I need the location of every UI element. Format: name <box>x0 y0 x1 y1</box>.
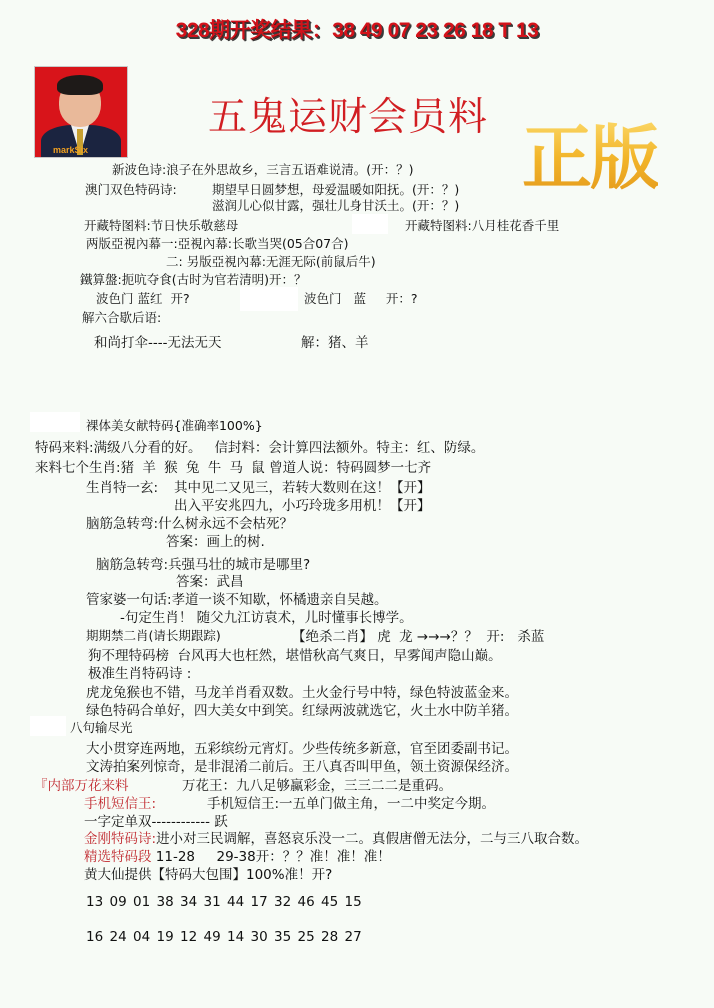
forbidden-kill-wave: 杀蓝 <box>517 629 544 645</box>
xiehouyu-text: 和尚打伞----无法无天 <box>94 331 222 351</box>
new-wave-label: 新波色诗: <box>112 162 166 177</box>
number-cell: 17 <box>251 894 275 910</box>
neimu-sublabel-1: 亞視內幕: <box>178 236 232 251</box>
forbidden-arrows: →→→？？ <box>417 629 478 645</box>
code-source-line: 特码来料:满级八分看的好。 信封料：会计算四法额外。特主：红、防绿。 <box>35 436 484 456</box>
sms-text: 手机短信王:一五单门做主角，一二中奖定今期。 <box>207 792 495 812</box>
wave-door-left-value: 蓝红 <box>138 291 163 306</box>
kaicang-left-text: 节日快乐敬慈母 <box>151 218 239 233</box>
portrait-hair <box>57 75 103 95</box>
forbidden-animals: 虎 龙 <box>377 629 412 645</box>
number-cell: 38 <box>157 894 181 910</box>
number-row-2: 162404191249143035252827 <box>86 929 368 945</box>
wave-door-left: 波色门 蓝红 开? <box>96 289 190 307</box>
neimu-sublabel-2: 另版亞視內幕: <box>187 254 266 269</box>
housekeeper-line: 管家婆一句话:孝道一谈不知歇，怀橘遗亲自吴越。 <box>86 588 388 608</box>
wave-door-left-open: 开? <box>170 291 189 306</box>
riddle-1-line: 脑筋急转弯:什么树永远不会枯死？ <box>86 512 293 532</box>
neimu-text-2: 无涯无际(前鼠后牛) <box>266 254 376 269</box>
code-source-text: 满级八分看的好。 <box>94 440 202 456</box>
forbidden-kill-label: 【绝杀二肖】 <box>292 629 373 645</box>
neimu-label-1: 两版亞視內幕一: <box>86 236 178 251</box>
authentic-badge: 正版 <box>522 102 658 203</box>
zodiac-mystery-line-1: 其中见二又见三，若转大数则在这！【开】 <box>174 476 431 496</box>
number-cell: 04 <box>133 929 157 945</box>
sms-label: 手机短信王: <box>84 792 156 812</box>
nude-code-accuracy: {准确率100%} <box>174 418 263 433</box>
number-cell: 27 <box>345 929 369 945</box>
blank-patch <box>352 214 388 234</box>
forbidden-kill-line: 【绝杀二肖】 虎 龙 →→→？？ 开: 杀蓝 <box>292 625 544 645</box>
number-cell: 44 <box>227 894 251 910</box>
number-cell: 19 <box>157 929 181 945</box>
vajra-line: 金刚特码诗:进小对三民调解，喜怒哀乐没一二。真假唐僧无法分，二与三八取合数。 <box>84 827 588 847</box>
wave-door-right-label: 波色门 <box>304 291 342 306</box>
forbidden-label: 期期禁二肖(请长期跟踪) <box>86 626 221 644</box>
suanpan-line: 鐵算盤:扼吭夺食(古时为官若清明)开：？ <box>80 270 306 288</box>
seven-zodiac-line: 来料七个生肖:猪 羊 猴 兔 牛 马 鼠 曾道人说：特码圆梦一七齐 <box>35 456 431 476</box>
code-source-label: 特码来料: <box>35 440 94 456</box>
suanpan-label: 鐵算盤: <box>80 272 122 287</box>
number-row-1: 130901383431441732464515 <box>86 894 368 910</box>
zodiac-mystery-label: 生肖特一玄: <box>86 476 158 496</box>
selected-range-line: 精选特码段 11-28 29-38开：？？准！准！准！ <box>84 845 391 865</box>
portrait-logo: markSix <box>53 145 88 155</box>
wanhua-label: 『内部万花来料 <box>34 774 129 794</box>
forbidden-open-label: 开: <box>486 629 504 645</box>
accurate-poem-label: 极准生肖特码诗 : <box>88 662 191 682</box>
eight-lines-line-2: 文涛拍案列惊奇，是非混淆二前后。王八真否叫甲鱼，领土资源保经济。 <box>86 755 518 775</box>
eight-lines-line-1: 大小贯穿连两地，五彩缤纷元宵灯。少些传统多新意，官至团委副书记。 <box>86 737 518 757</box>
blank-patch <box>30 716 66 736</box>
number-cell: 14 <box>227 929 251 945</box>
blank-patch <box>240 287 298 311</box>
number-cell: 45 <box>321 894 345 910</box>
accurate-poem-line-2: 绿色特码合单好，四大美女中到笑。红绿两波就选它，火土水中防羊猪。 <box>86 699 518 719</box>
number-cell: 15 <box>345 894 369 910</box>
xiehouyu-label: 解六合歇后语: <box>82 308 161 326</box>
number-cell: 24 <box>110 929 134 945</box>
neimu-text-1: 长歌当哭(05合07合) <box>232 236 349 251</box>
number-cell: 13 <box>86 894 110 910</box>
dog-list-text: 台风再大也枉然，堪惜秋高气爽日，早雾闻声隐山巅。 <box>178 648 502 664</box>
number-cell: 09 <box>110 894 134 910</box>
blank-patch <box>30 412 80 432</box>
number-cell: 31 <box>204 894 228 910</box>
wave-door-left-label: 波色门 <box>96 291 134 306</box>
page-title: 五鬼运财会员料 <box>208 86 488 142</box>
neimu-line-1: 两版亞視內幕一:亞視內幕:长歌当哭(05合07合) <box>86 234 349 252</box>
kaicang-right-label: 开藏特图料: <box>405 218 472 233</box>
wave-door-right-value: 蓝 <box>353 291 366 306</box>
portrait-image: markSix <box>34 66 128 158</box>
number-cell: 16 <box>86 929 110 945</box>
suanpan-text: 扼吭夺食(古时为官若清明)开：？ <box>122 272 307 287</box>
housekeeper-sub-label: -句定生肖！ <box>120 610 192 626</box>
riddle-2-answer: 答案：武昌 <box>176 570 244 590</box>
number-cell: 28 <box>321 929 345 945</box>
housekeeper-sub-text: 随父九江访袁术，儿时懂事长博学。 <box>197 610 413 626</box>
riddle-2-label: 脑筋急转弯: <box>96 557 168 573</box>
daoren-text: 曾道人说：特码圆梦一七齐 <box>269 460 431 476</box>
huang-daxian-line: 黄大仙提供【特码大包围】100%准！开? <box>84 863 332 883</box>
kaicang-left: 开藏特图料:节日快乐敬慈母 <box>84 216 238 234</box>
kaicang-right: 开藏特图料:八月桂花香千里 <box>405 216 559 234</box>
number-cell: 01 <box>133 894 157 910</box>
envelope-text: 会计算四法额外。特主：红、防绿。 <box>268 440 484 456</box>
envelope-label: 信封料： <box>214 440 268 456</box>
number-cell: 49 <box>204 929 228 945</box>
eight-lines-label: 八句输尽光 <box>70 718 133 736</box>
nude-code-label: 裸体美女献特码 <box>86 418 174 433</box>
number-cell: 46 <box>298 894 322 910</box>
macau-line-2: 滋润儿心似甘露，强壮儿身甘沃土。(开：？) <box>212 196 459 214</box>
draw-result-headline: 328期开奖结果：38 49 07 23 26 18 T 13 <box>0 14 714 44</box>
kaicang-right-text: 八月桂花香千里 <box>472 218 560 233</box>
neimu-label-2: 二: <box>166 254 183 269</box>
nude-code-title: 裸体美女献特码{准确率100%} <box>86 416 263 434</box>
neimu-line-2: 二: 另版亞視內幕:无涯无际(前鼠后牛) <box>166 252 376 270</box>
number-cell: 30 <box>251 929 275 945</box>
new-wave-poem: 新波色诗:浪子在外思故乡，三言五语难说清。(开：？) <box>112 160 413 178</box>
number-cell: 34 <box>180 894 204 910</box>
number-cell: 32 <box>274 894 298 910</box>
wave-door-right: 波色门 蓝 开：? <box>304 289 417 307</box>
seven-zodiac-label: 来料七个生肖: <box>35 460 121 476</box>
riddle-1-answer: 答案：画上的树. <box>166 530 265 550</box>
number-cell: 25 <box>298 929 322 945</box>
housekeeper-sub-line: -句定生肖！ 随父九江访袁术，儿时懂事长博学。 <box>120 606 413 626</box>
macau-label: 澳门双色特码诗: <box>85 180 177 198</box>
kaicang-left-label: 开藏特图料: <box>84 218 151 233</box>
xiehouyu-answer: 解：猪、羊 <box>301 331 369 351</box>
number-cell: 12 <box>180 929 204 945</box>
wanhua-text: 万花王：九八足够赢彩金，三三二二是重码。 <box>182 774 452 794</box>
seven-zodiac-animals: 猪 羊 猴 兔 牛 马 鼠 <box>121 460 265 476</box>
riddle-1-label: 脑筋急转弯: <box>86 516 158 532</box>
accurate-poem-line-1: 虎龙兔猴也不错，马龙羊肖看双数。土火金行号中特，绿色特波蓝金来。 <box>86 681 518 701</box>
number-cell: 35 <box>274 929 298 945</box>
zodiac-mystery-line-2: 出入平安兆四九，小巧玲珑多用机！【开】 <box>174 494 431 514</box>
wave-door-right-open: 开：? <box>386 291 418 306</box>
new-wave-text: 浪子在外思故乡，三言五语难说清。(开：？) <box>166 162 413 177</box>
dog-list-line: 狗不理特码榜 台风再大也枉然，堪惜秋高气爽日，早雾闻声隐山巅。 <box>88 644 502 664</box>
